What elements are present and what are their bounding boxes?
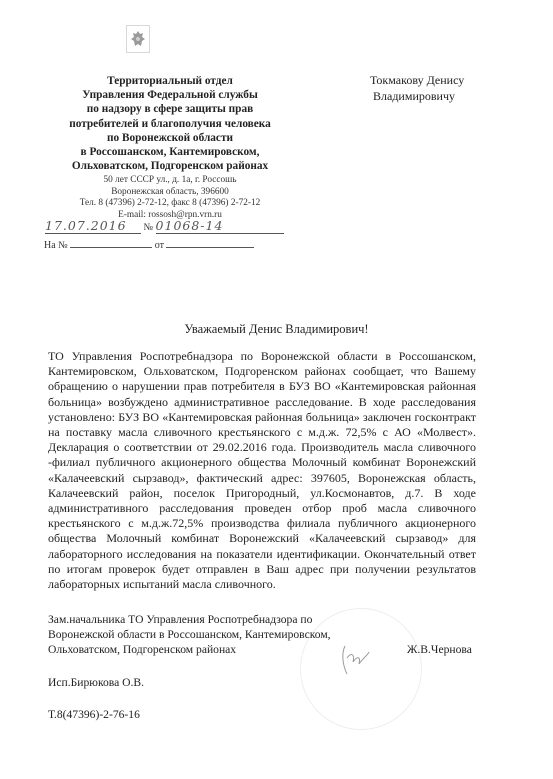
reply-from-label: от xyxy=(155,240,164,251)
reply-number-blank xyxy=(70,247,152,248)
signatory-name: Ж.В.Чернова xyxy=(407,643,472,656)
recipient-block: Токмакову Денису Владимировичу xyxy=(370,72,464,104)
registration-number: 01068-14 xyxy=(156,218,284,234)
position-line: Воронежской области в Россошанском, Кант… xyxy=(48,627,348,642)
reply-date-blank xyxy=(166,247,254,248)
address-line: Тел. 8 (47396) 2-72-12, факс 8 (47396) 2… xyxy=(40,198,300,210)
registration-date: 17.07.2016 xyxy=(45,218,141,234)
org-line: по Воронежской области xyxy=(40,131,300,145)
address-line: Воронежская область, 396600 xyxy=(40,187,300,199)
reply-number-label: На № xyxy=(44,240,68,251)
organization-address: 50 лет СССР ул., д. 1а, г. Россошь Ворон… xyxy=(40,175,300,221)
coat-of-arms-icon xyxy=(126,25,150,53)
position-line: Ольховатском, Подгоренском районах xyxy=(48,642,348,657)
reply-to-line: На № от xyxy=(44,240,294,251)
greeting: Уважаемый Денис Владимирович! xyxy=(0,322,553,337)
signatory-position: Зам.начальника ТО Управления Роспотребна… xyxy=(48,612,348,657)
organization-header: Территориальный отдел Управления Федерал… xyxy=(40,74,300,173)
registration-line: 17.07.2016 № 01068-14 xyxy=(45,218,295,234)
org-line: по надзору в сфере защиты прав xyxy=(40,102,300,116)
number-label: № xyxy=(144,222,154,233)
recipient-line: Владимировичу xyxy=(370,88,464,104)
org-line: Ольховатском, Подгоренском районах xyxy=(40,159,300,173)
recipient-line: Токмакову Денису xyxy=(370,72,464,88)
org-line: потребителей и благополучия человека xyxy=(40,117,300,131)
executor: Исп.Бирюкова О.В. xyxy=(48,676,144,689)
executor-phone: Т.8(47396)-2-76-16 xyxy=(48,708,140,721)
org-line: Территориальный отдел xyxy=(40,74,300,88)
org-line: Управления Федеральной службы xyxy=(40,88,300,102)
letter-body: ТО Управления Роспотребнадзора по Вороне… xyxy=(48,349,476,592)
org-line: в Россошанском, Кантемировском, xyxy=(40,145,300,159)
address-line: 50 лет СССР ул., д. 1а, г. Россошь xyxy=(40,175,300,187)
position-line: Зам.начальника ТО Управления Роспотребна… xyxy=(48,612,348,627)
